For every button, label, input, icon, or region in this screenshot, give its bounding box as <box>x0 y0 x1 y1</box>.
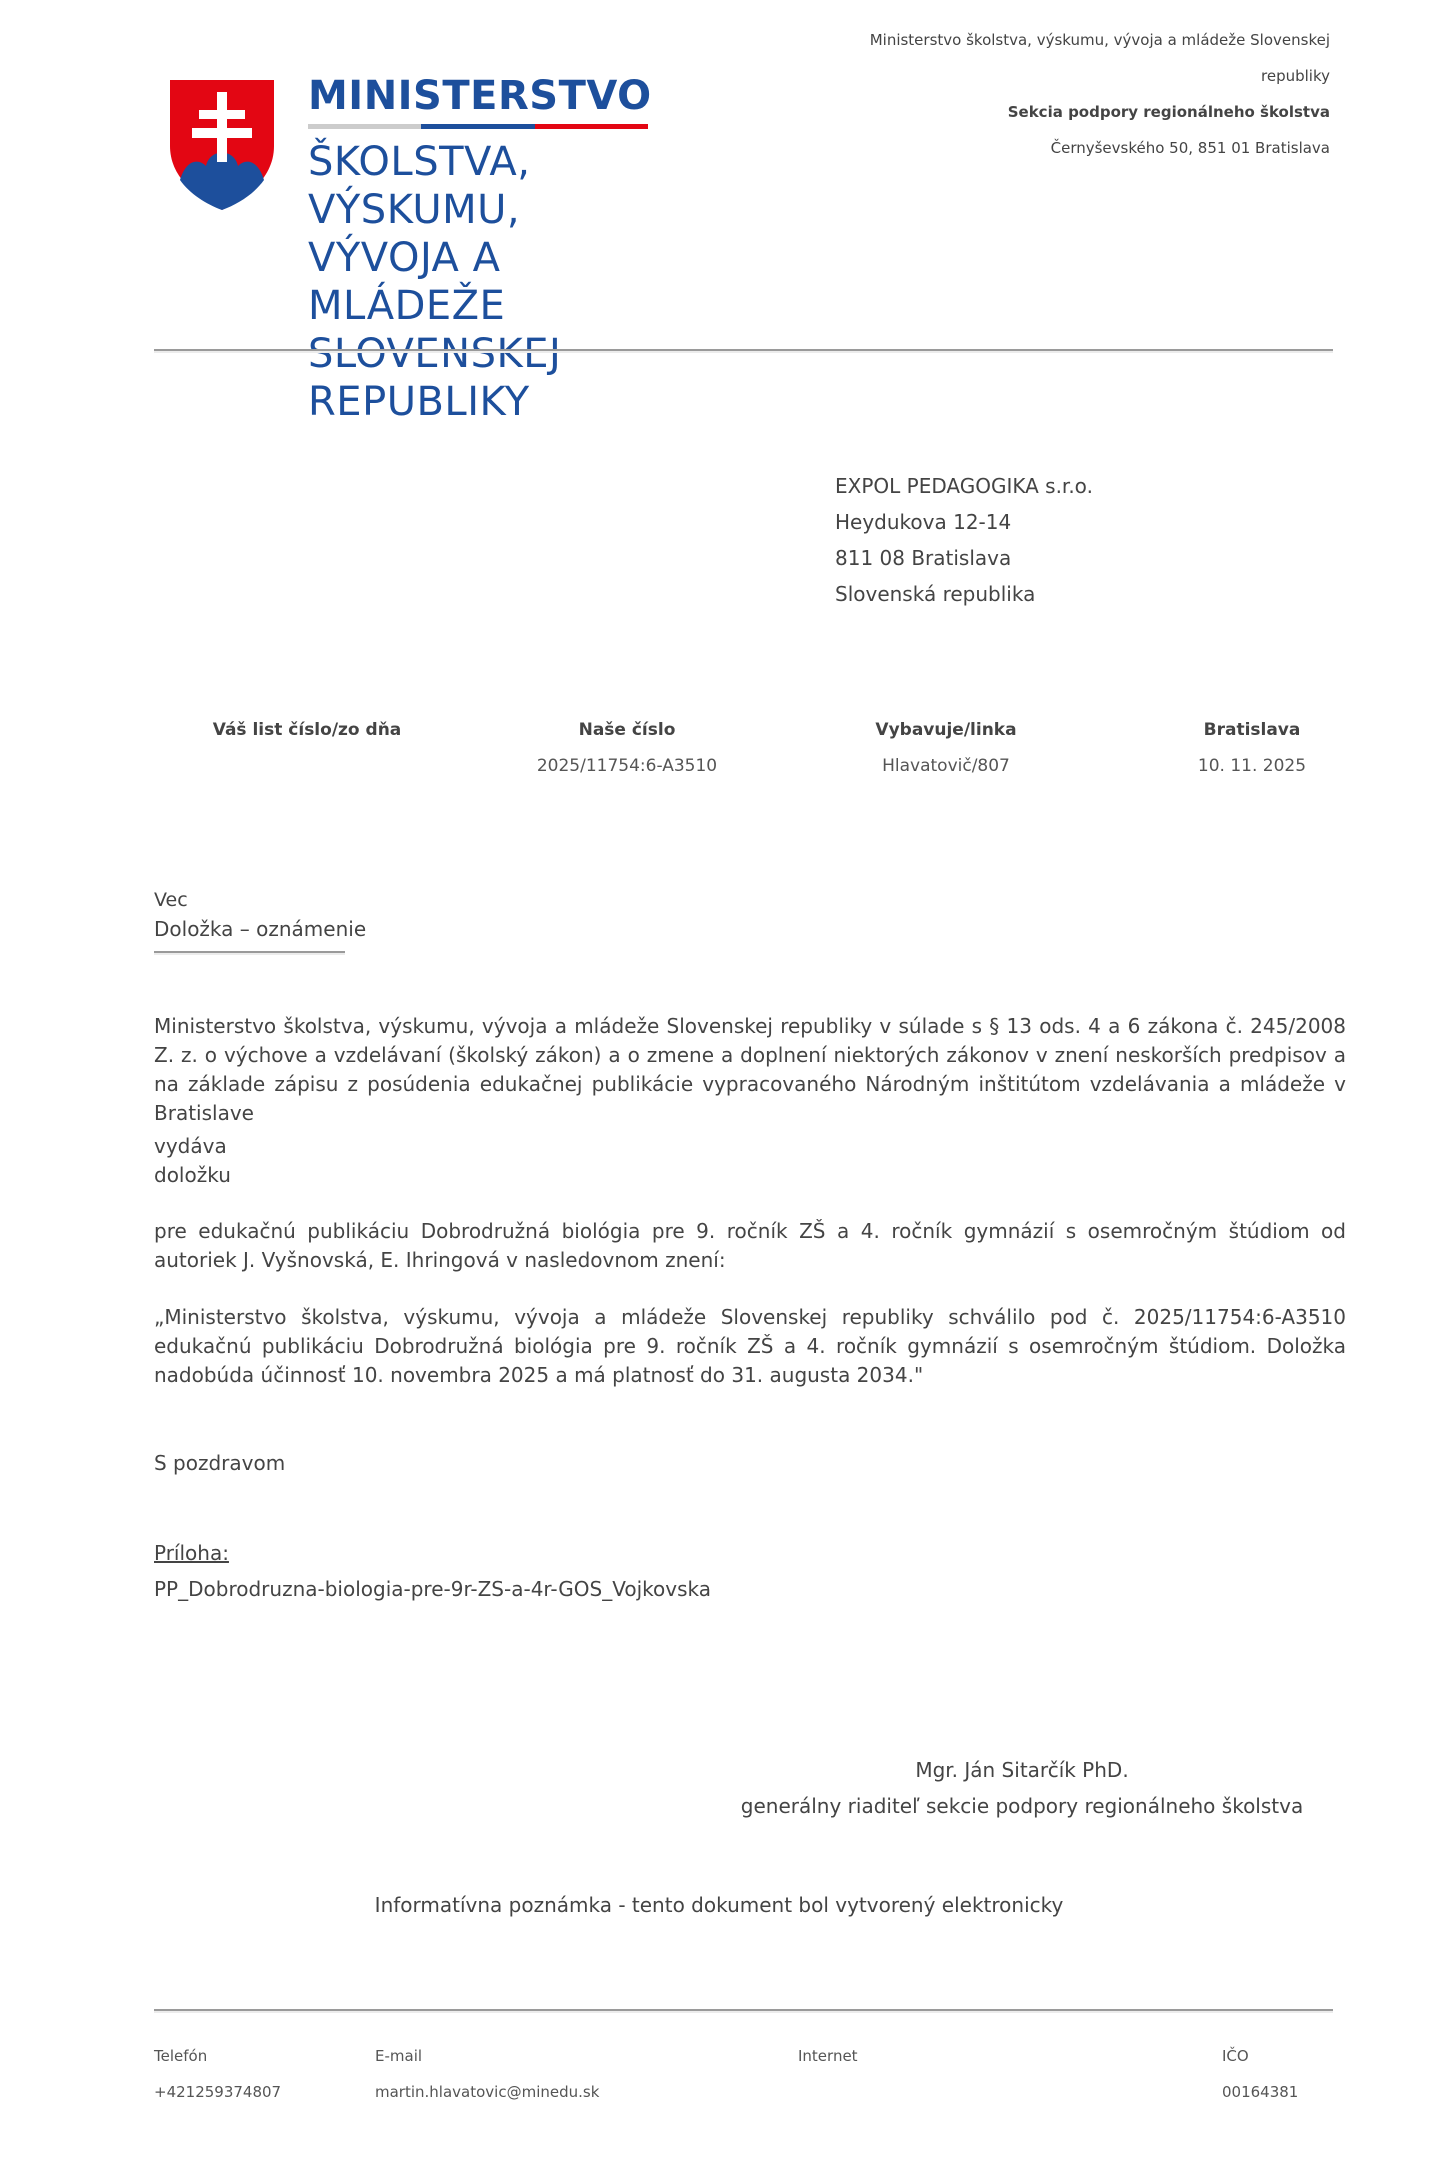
ref-value: 10. 11. 2025 <box>1198 748 1306 784</box>
footer-internet: Internet <box>798 2038 858 2074</box>
sender-address: Černyševského 50, 851 01 Bratislava <box>870 130 1330 166</box>
subject-underline <box>154 951 345 955</box>
footer-label: Telefón <box>154 2038 281 2074</box>
ref-handled-by: Vybavuje/linka Hlavatovič/807 <box>875 712 1016 784</box>
sender-block: Ministerstvo školstva, výskumu, vývoja a… <box>870 22 1330 166</box>
ref-place-date: Bratislava 10. 11. 2025 <box>1198 712 1306 784</box>
body-issues: vydáva <box>154 1132 1346 1161</box>
subject-label: Vec <box>154 886 188 915</box>
body-intro: Ministerstvo školstva, výskumu, vývoja a… <box>154 1012 1346 1128</box>
footer-value: +421259374807 <box>154 2074 281 2110</box>
logo-line-3: VÝVOJA A MLÁDEŽE <box>308 234 561 330</box>
attachment-file: PP_Dobrodruzna-biologia-pre-9r-ZS-a-4r-G… <box>154 1575 1346 1604</box>
ministry-logo: MINISTERSTVO ŠKOLSTVA, VÝSKUMU, VÝVOJA A… <box>166 74 866 294</box>
sender-section: Sekcia podpory regionálneho školstva <box>870 94 1330 130</box>
ref-our-number: Naše číslo 2025/11754:6-A3510 <box>537 712 717 784</box>
ref-label: Váš list číslo/zo dňa <box>213 712 402 748</box>
sender-ministry-line1: Ministerstvo školstva, výskumu, vývoja a… <box>870 22 1330 58</box>
greeting: S pozdravom <box>154 1449 1346 1478</box>
recipient-name: EXPOL PEDAGOGIKA s.r.o. <box>835 468 1093 504</box>
ref-value: Hlavatovič/807 <box>875 748 1016 784</box>
signatory-title: generálny riaditeľ sekcie podpory region… <box>741 1788 1303 1824</box>
logo-line-4: SLOVENSKEJ REPUBLIKY <box>308 330 561 426</box>
footer-label: Internet <box>798 2038 858 2074</box>
ref-label: Bratislava <box>1198 712 1306 748</box>
footer-label: E-mail <box>375 2038 599 2074</box>
header-divider <box>154 349 1333 353</box>
recipient-address: EXPOL PEDAGOGIKA s.r.o. Heydukova 12-14 … <box>835 468 1093 612</box>
ref-your-letter: Váš list číslo/zo dňa <box>213 712 402 784</box>
footer-label: IČO <box>1222 2038 1298 2074</box>
attachment-label: Príloha: <box>154 1541 229 1565</box>
logo-tricolor-bar <box>308 124 648 129</box>
recipient-street: Heydukova 12-14 <box>835 504 1093 540</box>
ref-label: Vybavuje/linka <box>875 712 1016 748</box>
body-quote: „Ministerstvo školstva, výskumu, vývoja … <box>154 1303 1346 1390</box>
footer-email: E-mail martin.hlavatovic@minedu.sk <box>375 2038 599 2110</box>
ref-label: Naše číslo <box>537 712 717 748</box>
footer-ico: IČO 00164381 <box>1222 2038 1298 2110</box>
subject-title: Doložka – oznámenie <box>154 915 366 944</box>
logo-line-rest: ŠKOLSTVA, VÝSKUMU, VÝVOJA A MLÁDEŽE SLOV… <box>308 138 561 426</box>
ref-value: 2025/11754:6-A3510 <box>537 748 717 784</box>
footer-value: 00164381 <box>1222 2074 1298 2110</box>
attachment-block: Príloha: <box>154 1539 1346 1568</box>
recipient-country: Slovenská republika <box>835 576 1093 612</box>
body-publication: pre edukačnú publikáciu Dobrodružná biol… <box>154 1217 1346 1275</box>
footer-phone: Telefón +421259374807 <box>154 2038 281 2110</box>
body-clause: doložku <box>154 1161 1346 1190</box>
ref-value <box>213 748 402 784</box>
electronic-document-note: Informatívna poznámka - tento dokument b… <box>375 1887 1064 1923</box>
recipient-city: 811 08 Bratislava <box>835 540 1093 576</box>
logo-line-ministry: MINISTERSTVO <box>308 74 652 118</box>
footer-value: martin.hlavatovic@minedu.sk <box>375 2074 599 2110</box>
slovak-coat-of-arms-icon <box>166 76 278 212</box>
logo-line-2: ŠKOLSTVA, VÝSKUMU, <box>308 138 561 234</box>
footer-divider <box>154 2009 1333 2013</box>
signatory-name: Mgr. Ján Sitarčík PhD. <box>915 1752 1128 1788</box>
sender-ministry-line2: republiky <box>870 58 1330 94</box>
